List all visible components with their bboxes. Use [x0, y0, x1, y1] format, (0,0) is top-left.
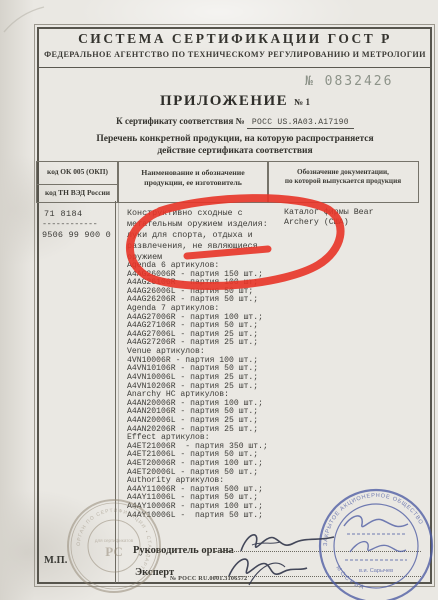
documentation-line: Archery (США) — [284, 218, 374, 228]
expert-signature-line — [215, 576, 421, 577]
docs-header-text: Обозначение документации, по которой вып… — [268, 168, 418, 187]
appendix-title: ПРИЛОЖЕНИЕ№ 1 — [36, 92, 434, 110]
appendix-word: ПРИЛОЖЕНИЕ — [160, 93, 288, 109]
table-header-docs: Обозначение документации, по которой вып… — [267, 161, 419, 203]
blank-serial-number: № 0832426 — [305, 74, 393, 89]
head-signature-line — [215, 551, 421, 552]
description-line: метательным оружием изделия: — [127, 219, 268, 230]
certificate-reference-line: К сертификату соответствия № РОСС US.ЯА0… — [36, 116, 434, 127]
scanned-certificate-page: { "header": { "system_title": "СИСТЕМА С… — [0, 0, 438, 600]
agency-name: ФЕДЕРАЛЬНОЕ АГЕНТСТВО ПО ТЕХНИЧЕСКОМУ РЕ… — [36, 50, 434, 59]
tnved-code-header: код ТН ВЭД России — [37, 188, 118, 197]
table-column-divider — [115, 201, 119, 583]
docs-header-line1: Обозначение документации, — [268, 168, 418, 177]
product-description: Конструктивно сходные сметательным оружи… — [127, 208, 268, 262]
certificate-number: РОСС US.ЯА03.А17190 — [247, 118, 354, 129]
table-header-codes: код ОК 005 (ОКП) код ТН ВЭД России — [36, 161, 119, 203]
okp-code-header: код ОК 005 (ОКП) — [37, 167, 118, 176]
docs-header-line2: по которой выпускается продукция — [268, 177, 418, 186]
description-line: Конструктивно сходные с — [127, 208, 268, 219]
scan-edge-shadow — [0, 0, 34, 600]
codes-header-divider — [37, 184, 118, 185]
product-header-line1: Наименование и обозначение — [118, 168, 268, 178]
product-header-line2: продукции, ее изготовитель — [118, 178, 268, 188]
stamp-place-label: М.П. — [44, 555, 67, 566]
documentation-reference: Каталог фирмы BearArchery (США) — [284, 208, 374, 229]
appendix-number: № 1 — [294, 97, 310, 107]
certificate-label: К сертификату соответствия № — [116, 116, 244, 126]
catalog-line: A4AY10006L - партия 50 шт.; — [127, 512, 268, 521]
documentation-line: Каталог фирмы Bear — [284, 208, 374, 218]
expert-label: Эксперт — [135, 567, 174, 578]
description-line: луки для спорта, отдыха и — [127, 230, 268, 241]
code-separator-dashes: ------------ — [42, 219, 97, 229]
subtitle-line-1: Перечень конкретной продукции, на котору… — [36, 134, 434, 144]
tnved-code-value: 9506 99 900 0 — [42, 230, 111, 240]
okp-code-value: 71 8184 — [44, 209, 83, 219]
catalog-items-list: Agenda 6 артикулов:A4AG26006R - партия 1… — [127, 262, 268, 520]
header-divider-rule — [37, 67, 432, 68]
subtitle-line-2: действие сертификата соответствия — [36, 146, 434, 156]
table-header-product: Наименование и обозначение продукции, ее… — [117, 161, 269, 203]
certification-system-title: СИСТЕМА СЕРТИФИКАЦИИ ГОСТ Р — [36, 31, 434, 47]
product-header-text: Наименование и обозначение продукции, ее… — [118, 168, 268, 187]
description-line: развлечения, не являющиеся — [127, 241, 268, 252]
